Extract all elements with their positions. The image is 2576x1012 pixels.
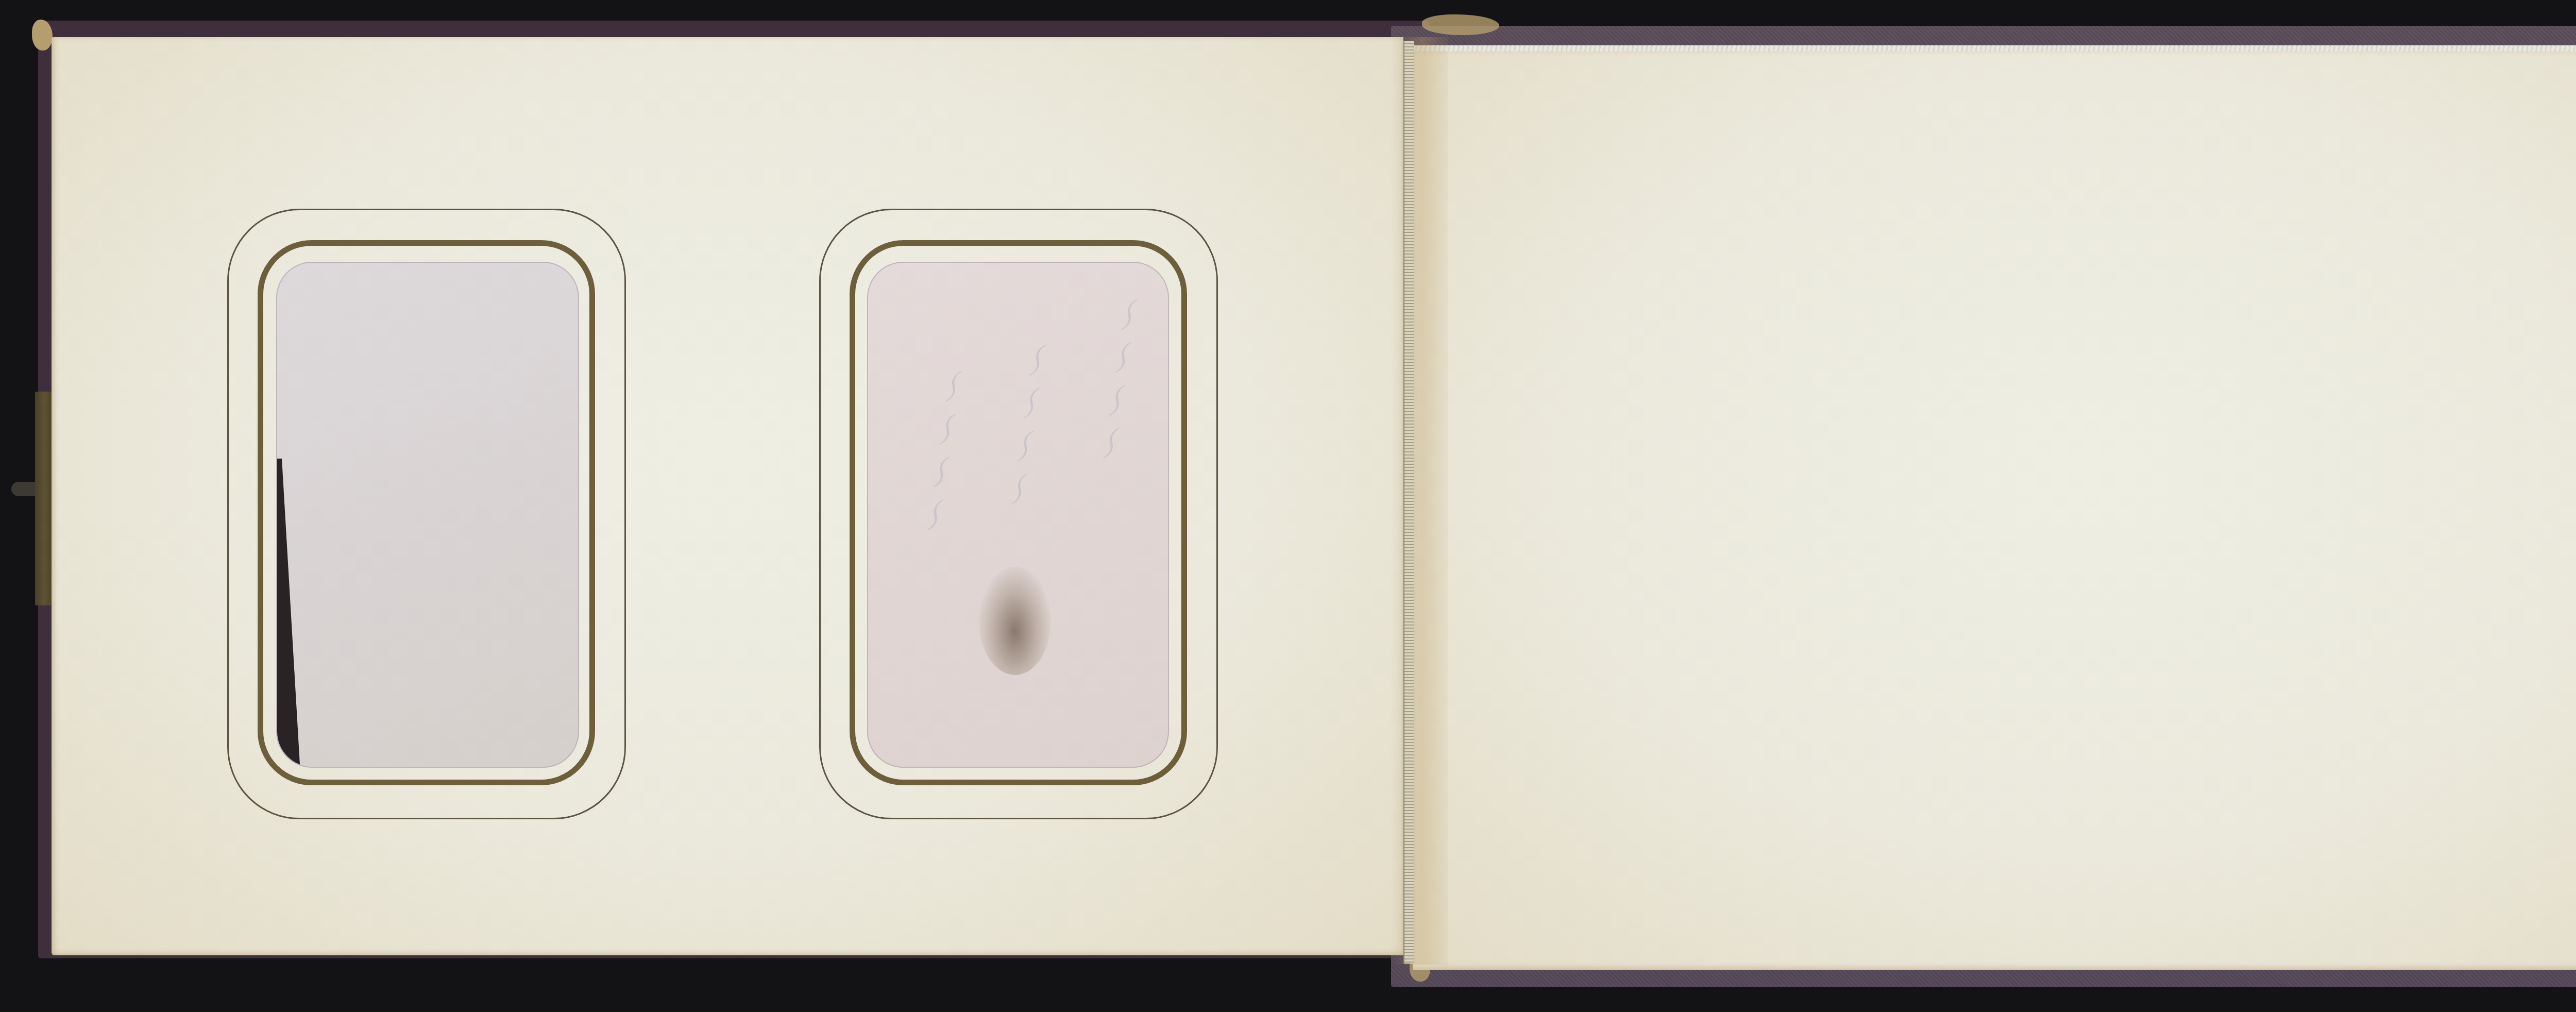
photo-card-1 — [276, 262, 579, 768]
frayed-spine-top — [1422, 14, 1499, 35]
dark-photo-edge — [277, 459, 300, 768]
brown-smudge — [979, 567, 1051, 675]
brass-clasp-left — [35, 392, 54, 605]
gutter-stain — [1391, 37, 1448, 965]
faint-handwriting: 〜〜〜〜 — [874, 364, 976, 728]
clasp-pin-left — [11, 482, 36, 496]
spine-binding-cord — [1403, 41, 1414, 964]
photo-card-2: 〜〜〜〜 〜〜〜〜 〜〜〜〜 — [867, 262, 1169, 768]
right-page — [1413, 52, 2576, 970]
